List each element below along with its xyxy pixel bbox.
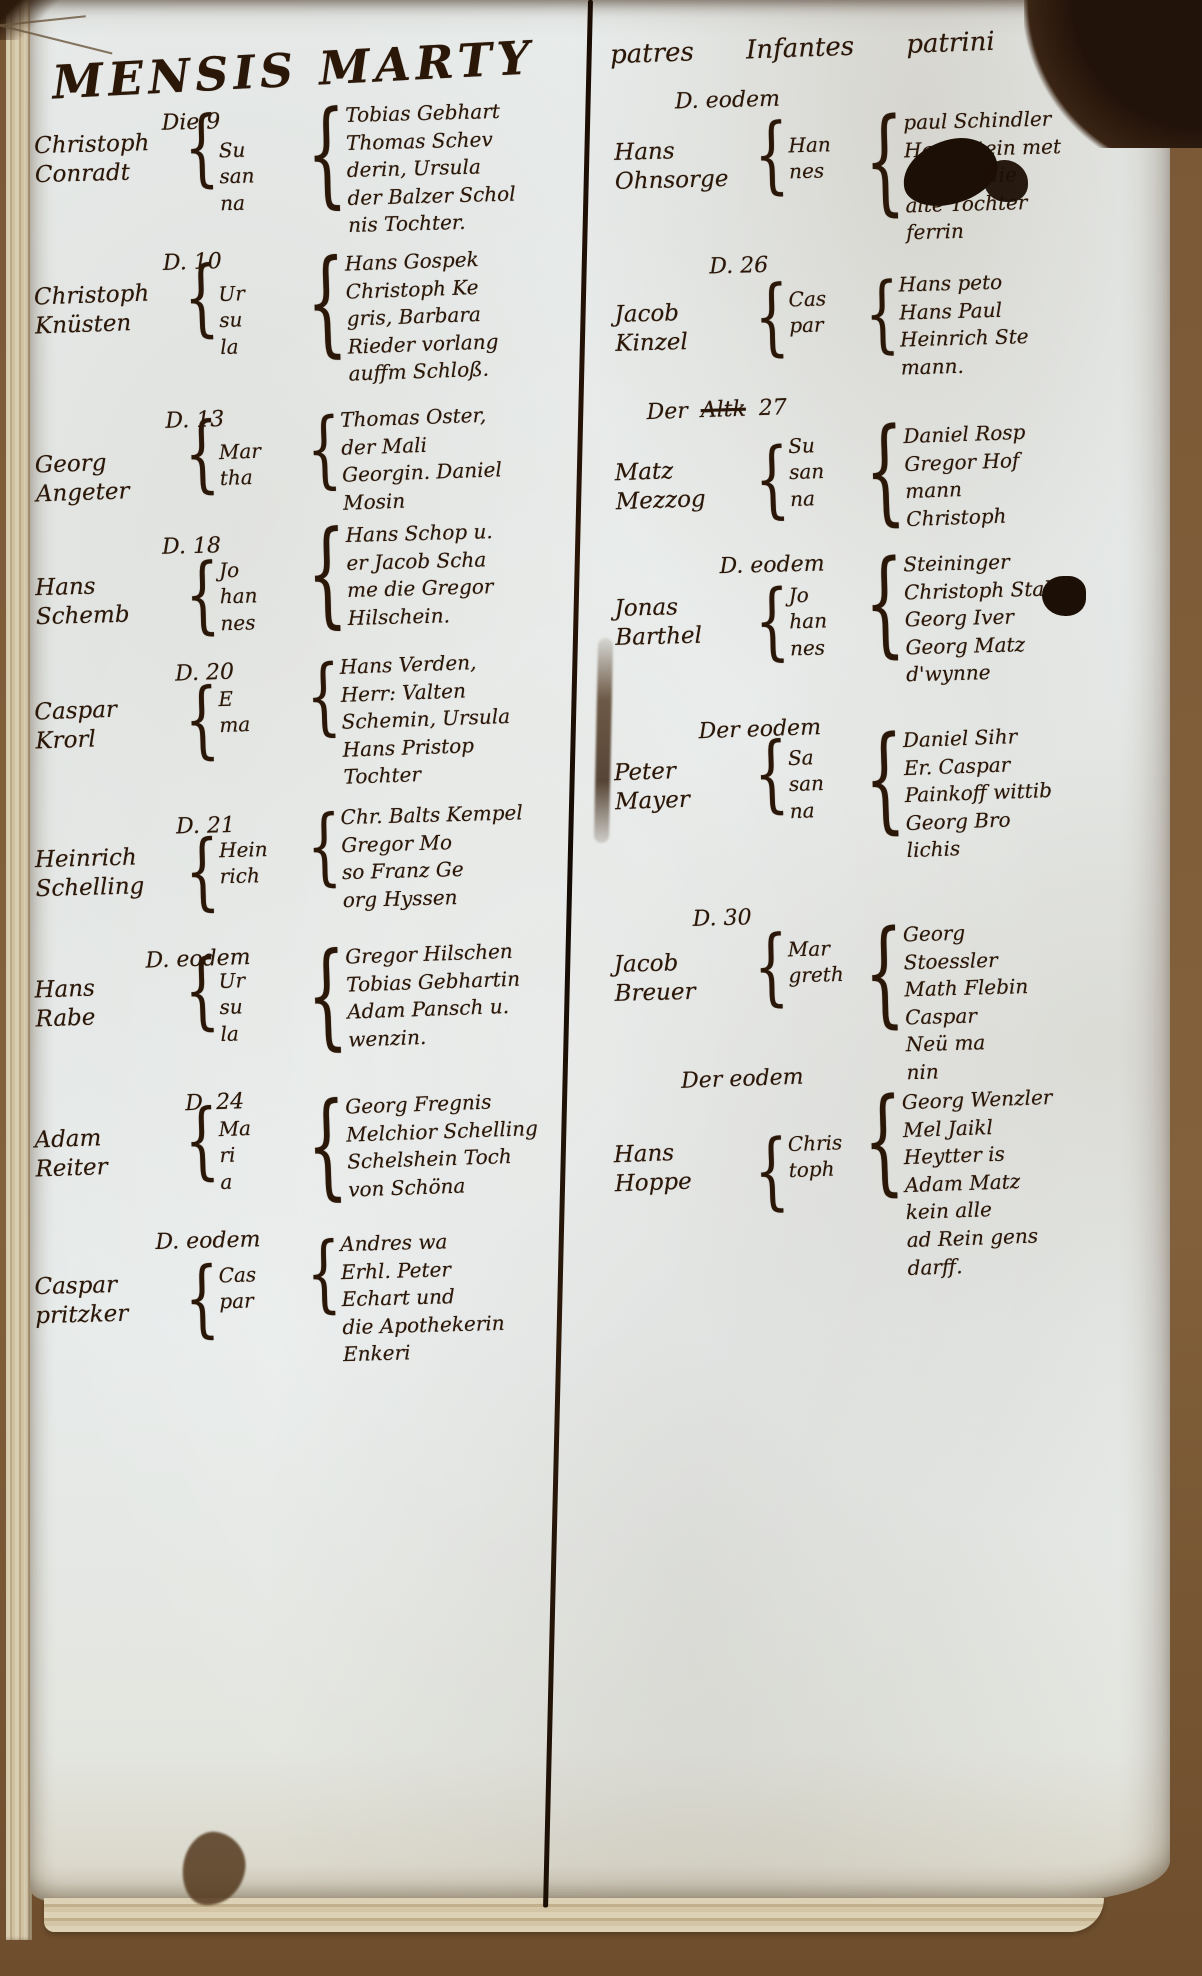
brace-mark: {	[183, 792, 221, 914]
brace-mark: {	[751, 1076, 790, 1214]
child-name: Han nes	[788, 110, 866, 185]
brace-mark: {	[183, 93, 220, 190]
ink-blot	[1042, 576, 1086, 616]
date-struck-word: Altk	[700, 397, 746, 424]
register-entry: D. 20 Caspar Krorl { E ma { Hans Verden,…	[33, 646, 582, 803]
brace-mark: {	[304, 230, 348, 361]
brace-mark: {	[863, 901, 906, 1031]
entry-date: D. 30	[692, 905, 751, 932]
photo-of-register: MENSIS MARTY patres Infantes patrini Die…	[0, 0, 1202, 1976]
register-entry: D. eodem Hans Rabe { Ur su la { Gregor H…	[33, 936, 582, 1065]
witnesses-list: Georg Stoessler Math Flebin Caspar Neü m…	[903, 915, 1145, 1087]
brace-mark: {	[753, 100, 790, 197]
brace-mark: {	[305, 923, 349, 1054]
child-name: Chris toph	[786, 1091, 865, 1184]
brace-mark: {	[305, 1219, 342, 1316]
witnesses-list: Daniel Sihr Er. Caspar Painkoff wittib G…	[902, 719, 1145, 865]
brace-mark: {	[183, 936, 221, 1033]
child-name: Sa san na	[787, 729, 866, 825]
date-prefix: Der	[646, 399, 688, 425]
register-entry: Die 9 Christoph Conradt { Su san na { To…	[33, 96, 581, 248]
witnesses-list: Tobias Gebhart Thomas Schev derin, Ursul…	[345, 96, 582, 240]
brace-mark: {	[863, 398, 907, 529]
register-entry: D. eodem Caspar pritzker { Cas par { And…	[33, 1225, 581, 1377]
brace-mark: {	[753, 262, 790, 359]
brace-mark: {	[305, 1073, 349, 1204]
brace-mark: {	[305, 395, 343, 492]
register-entry: D. 10 Christoph Knüsten { Ur su la { Han…	[33, 243, 582, 400]
brace-mark: {	[306, 792, 343, 889]
brace-mark: {	[305, 501, 348, 631]
brace-mark: {	[863, 89, 906, 219]
register-entry: Der eodem Hans Hoppe { Chris toph { Geor…	[612, 1081, 1146, 1292]
register-entry: D. 24 Adam Reiter { Ma ri a { Georg Freg…	[33, 1086, 582, 1215]
child-name: Ur su la	[217, 252, 309, 360]
register-entry: D. 21 Heinrich Schelling { Hein rich { C…	[34, 798, 582, 923]
witnesses-list: Andres wa Erhl. Peter Echart und die Apo…	[340, 1225, 582, 1369]
child-name: Mar greth	[787, 922, 865, 989]
father-name: Jacob Breuer	[613, 925, 755, 1008]
father-name: Hans Ohnsorge	[613, 113, 755, 196]
brace-mark: {	[183, 510, 221, 638]
witnesses-list: Steininger Christoph Stal Georg Iver Geo…	[903, 545, 1145, 689]
register-entry: D. eodem Hans Ohnsorge { Han nes { paul …	[613, 103, 1144, 255]
brace-mark: {	[753, 912, 790, 1009]
child-name: Cas par	[788, 272, 866, 339]
ink-blot	[984, 160, 1028, 202]
brace-mark: {	[305, 642, 343, 739]
brace-mark: {	[305, 81, 348, 211]
register-entry: D. 26 Jacob Kinzel { Cas par { Hans peto…	[614, 265, 1145, 389]
witnesses-list: Daniel Rosp Gregor Hof mann Christoph	[903, 411, 1145, 534]
witnesses-list: Georg Fregnis Melchior Schelling Schelsh…	[345, 1086, 582, 1204]
brace-mark: {	[183, 399, 221, 496]
brace-mark: {	[864, 260, 901, 357]
brace-mark: {	[752, 719, 790, 816]
child-name: Jo han nes	[218, 523, 309, 636]
witnesses-list: Chr. Balts Kempel Gregor Mo so Franz Ge …	[340, 798, 581, 915]
witnesses-list: Georg Wenzler Mel Jaikl Heytter is Adam …	[901, 1081, 1146, 1282]
brace-mark: {	[862, 706, 906, 837]
father-name: Caspar Krorl	[33, 659, 186, 756]
witnesses-list: Gregor Hilschen Tobias Gebhartin Adam Pa…	[345, 936, 582, 1054]
father-name: Heinrich Schelling	[34, 808, 186, 903]
register-entry: Der eodem Peter Mayer { Sa san na { Dani…	[613, 719, 1145, 875]
brace-mark: {	[183, 1219, 221, 1341]
father-name: Adam Reiter	[33, 1099, 186, 1184]
page-edges-left	[6, 0, 32, 1940]
brace-mark: {	[753, 409, 791, 522]
brace-mark: {	[861, 1068, 905, 1199]
witnesses-list: Hans peto Hans Paul Heinrich Ste mann.	[898, 265, 1144, 382]
register-entry: Der Altk 27 Matz Mezzog { Su san na { Da…	[613, 411, 1145, 544]
witnesses-list: Hans Schop u. er Jacob Scha me die Grego…	[345, 516, 581, 632]
brace-mark: {	[183, 1086, 221, 1183]
child-name: Mar tha	[217, 408, 308, 492]
father-name: Georg Angeter	[33, 412, 186, 509]
brace-mark: {	[182, 643, 220, 762]
father-name: Hans Hoppe	[612, 1094, 755, 1198]
witnesses-list: Hans Verden, Herr: Valten Schemin, Ursul…	[339, 646, 582, 792]
register-entry: D. eodem Jonas Barthel { Jo han nes { St…	[613, 545, 1144, 697]
witnesses-list: Thomas Oster, der Mali Georgin. Daniel M…	[340, 399, 582, 518]
witnesses-list: Hans Gospek Christoph Ke gris, Barbara R…	[344, 243, 582, 389]
brace-mark: {	[182, 243, 220, 340]
register-entry: D. 18 Hans Schemb { Jo han nes { Hans Sc…	[34, 516, 582, 641]
child-name: Su san na	[787, 421, 866, 513]
child-name: Su san na	[218, 103, 309, 216]
father-name: Matz Mezzog	[613, 424, 756, 516]
father-name: Jacob Kinzel	[614, 275, 756, 358]
brace-mark: {	[863, 531, 906, 661]
father-name: Peter Mayer	[613, 732, 756, 816]
brace-mark: {	[753, 539, 791, 664]
